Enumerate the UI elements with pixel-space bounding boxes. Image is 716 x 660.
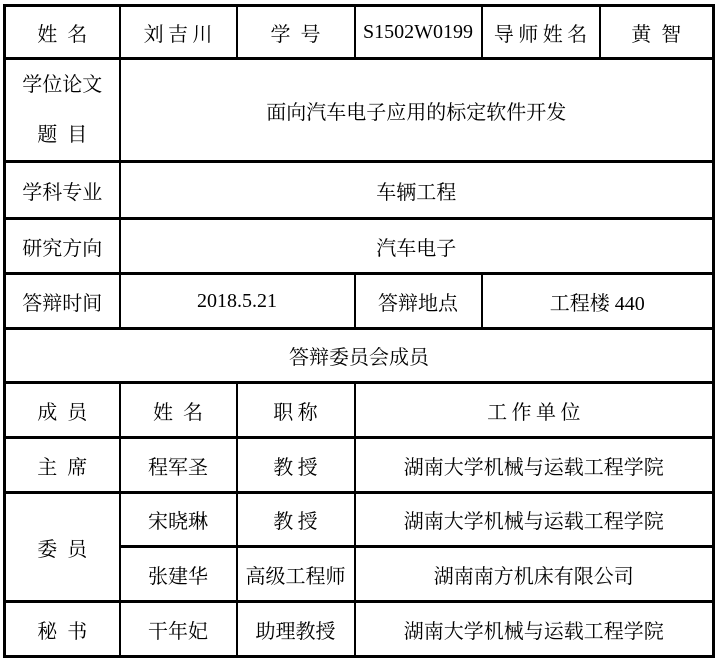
defense-time-value-cell: 2018.5.21 (120, 274, 355, 329)
chair-role-cell: 主席 (5, 438, 120, 493)
name-label-cell: 姓名 (5, 6, 120, 59)
major-value: 车辆工程 (376, 182, 456, 204)
thesis-title-value-cell: 面向汽车电子应用的标定软件开发 (120, 59, 714, 162)
research-value-cell: 汽车电子 (120, 219, 714, 274)
secretary-role-cell: 秘书 (5, 602, 120, 657)
research-label-cell: 研究方向 (5, 219, 120, 274)
chair-unit: 湖南大学机械与运载工程学院 (404, 457, 664, 479)
chair-role: 主席 (37, 457, 97, 479)
row-thesis-title: 学位论文 题目 面向汽车电子应用的标定软件开发 (5, 59, 714, 162)
committee-col-unit-cell: 工作单位 (355, 383, 714, 438)
row-research-direction: 研究方向 汽车电子 (5, 219, 714, 274)
member1-title-cell: 教授 (237, 493, 355, 547)
member1-unit-cell: 湖南大学机械与运载工程学院 (355, 493, 714, 547)
row-committee-secretary: 秘书 干年妃 助理教授 湖南大学机械与运载工程学院 (5, 602, 714, 657)
row-major: 学科专业 车辆工程 (5, 162, 714, 219)
secretary-title: 助理教授 (256, 621, 336, 643)
committee-col-unit: 工作单位 (487, 402, 585, 424)
secretary-unit: 湖南大学机械与运载工程学院 (404, 621, 664, 643)
chair-name: 程军圣 (148, 457, 208, 479)
chair-name-cell: 程军圣 (120, 438, 237, 493)
secretary-name: 干年妃 (148, 621, 208, 643)
major-label-cell: 学科专业 (5, 162, 120, 219)
row-committee-chair: 主席 程军圣 教授 湖南大学机械与运载工程学院 (5, 438, 714, 493)
major-value-cell: 车辆工程 (120, 162, 714, 219)
student-id-label-cell: 学号 (237, 6, 355, 59)
name-label: 姓名 (37, 24, 97, 46)
committee-col-title: 职称 (273, 402, 322, 424)
name-value-cell: 刘吉川 (120, 6, 237, 59)
defense-time-label-cell: 答辩时间 (5, 274, 120, 329)
defense-time-value: 2018.5.21 (197, 290, 277, 312)
member1-name: 宋晓琳 (148, 511, 208, 533)
secretary-unit-cell: 湖南大学机械与运载工程学院 (355, 602, 714, 657)
member2-name: 张建华 (148, 566, 208, 588)
secretary-title-cell: 助理教授 (237, 602, 355, 657)
row-committee-section: 答辩委员会成员 (5, 329, 714, 383)
advisor-value-cell: 黄智 (600, 6, 714, 59)
advisor-label-cell: 导师姓名 (482, 6, 600, 59)
thesis-title-label-line2: 题目 (6, 110, 120, 160)
committee-section-title-cell: 答辩委员会成员 (5, 329, 714, 383)
chair-title: 教授 (273, 457, 322, 479)
defense-place-label-cell: 答辩地点 (355, 274, 482, 329)
research-value: 汽车电子 (376, 238, 456, 260)
defense-place-value-cell: 工程楼 440 (482, 274, 714, 329)
committee-col-title-cell: 职称 (237, 383, 355, 438)
row-defense-time-place: 答辩时间 2018.5.21 答辩地点 工程楼 440 (5, 274, 714, 329)
member2-unit: 湖南南方机床有限公司 (434, 566, 634, 588)
student-id-value: S1502W0199 (363, 21, 473, 43)
defense-time-label: 答辩时间 (22, 293, 102, 315)
chair-unit-cell: 湖南大学机械与运载工程学院 (355, 438, 714, 493)
thesis-title-value: 面向汽车电子应用的标定软件开发 (266, 102, 566, 124)
defense-place-label: 答辩地点 (378, 293, 458, 315)
thesis-title-label-cell: 学位论文 题目 (5, 59, 120, 162)
advisor-value: 黄智 (631, 24, 691, 46)
secretary-name-cell: 干年妃 (120, 602, 237, 657)
major-label: 学科专业 (22, 182, 102, 204)
committee-section-title: 答辩委员会成员 (289, 347, 429, 369)
committee-col-role-cell: 成员 (5, 383, 120, 438)
member2-title-cell: 高级工程师 (237, 547, 355, 602)
name-value: 刘吉川 (144, 24, 217, 46)
defense-place-value: 工程楼 440 (550, 293, 645, 315)
student-id-label: 学号 (271, 24, 331, 46)
member2-name-cell: 张建华 (120, 547, 237, 602)
advisor-label: 导师姓名 (494, 24, 592, 46)
chair-title-cell: 教授 (237, 438, 355, 493)
member2-unit-cell: 湖南南方机床有限公司 (355, 547, 714, 602)
defense-info-table: 姓名 刘吉川 学号 S1502W0199 导师姓名 黄智 学位论文 题目 (3, 4, 715, 658)
member1-title: 教授 (273, 511, 322, 533)
member1-name-cell: 宋晓琳 (120, 493, 237, 547)
row-committee-member-1: 委员 宋晓琳 教授 湖南大学机械与运载工程学院 (5, 493, 714, 547)
committee-col-name-cell: 姓名 (120, 383, 237, 438)
thesis-title-label-line1: 学位论文 (6, 60, 119, 110)
research-label: 研究方向 (22, 238, 102, 260)
secretary-role: 秘书 (37, 621, 97, 643)
student-id-value-cell: S1502W0199 (355, 6, 482, 59)
form-page: 姓名 刘吉川 学号 S1502W0199 导师姓名 黄智 学位论文 题目 (0, 0, 716, 658)
row-student-info: 姓名 刘吉川 学号 S1502W0199 导师姓名 黄智 (5, 6, 714, 59)
member-role-cell: 委员 (5, 493, 120, 602)
committee-col-name: 姓名 (153, 402, 213, 424)
committee-col-role: 成员 (37, 402, 97, 424)
row-committee-headers: 成员 姓名 职称 工作单位 (5, 383, 714, 438)
member2-title: 高级工程师 (246, 566, 346, 588)
member-role: 委员 (37, 539, 97, 561)
member1-unit: 湖南大学机械与运载工程学院 (404, 511, 664, 533)
